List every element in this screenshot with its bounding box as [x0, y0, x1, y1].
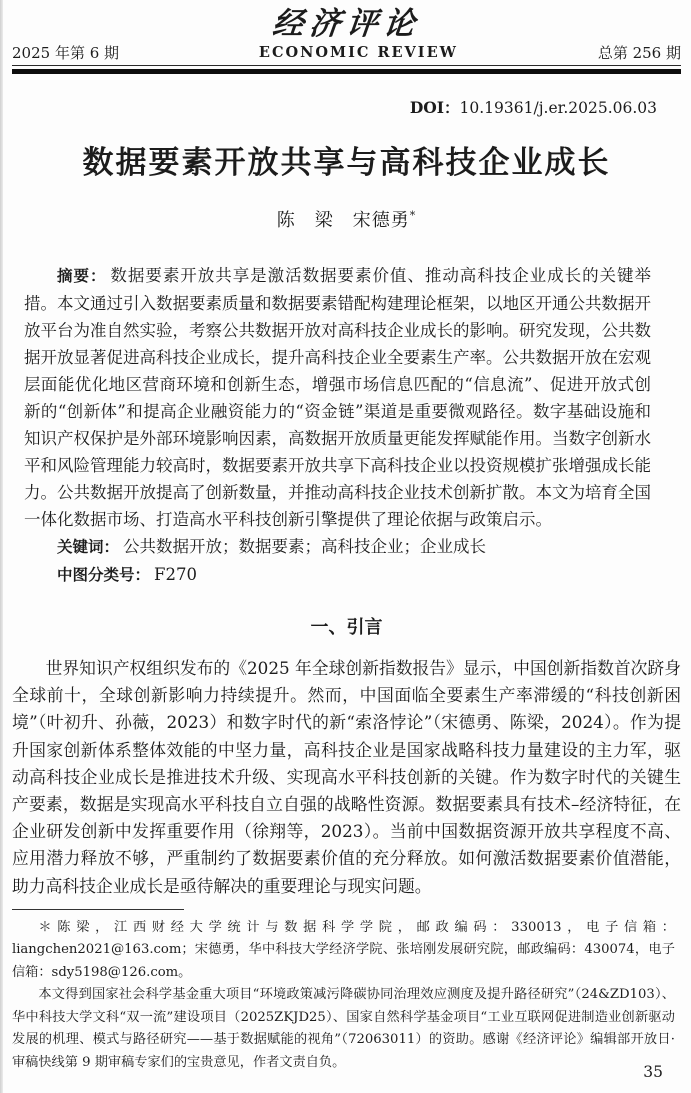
- article-title: 数据要素开放共享与高科技企业成长: [12, 142, 681, 184]
- abstract-block: 摘要：数据要素开放共享是激活数据要素价值、推动高科技企业成长的关键举措。本文通过…: [24, 262, 651, 589]
- keywords-text: 公共数据开放；数据要素；高科技企业；企业成长: [123, 537, 486, 556]
- abstract-text: 数据要素开放共享是激活数据要素价值、推动高科技企业成长的关键举措。本文通过引入数…: [24, 266, 651, 529]
- keywords-line: 关键词：公共数据开放；数据要素；高科技企业；企业成长: [24, 533, 651, 561]
- doi-value: 10.19361/j.er.2025.06.03: [460, 99, 657, 117]
- masthead-rule-thick: [12, 69, 681, 74]
- doi-line: DOI：10.19361/j.er.2025.06.03: [12, 96, 681, 118]
- journal-name-english: ECONOMIC REVIEW: [259, 44, 458, 62]
- author-note-mark: *: [410, 209, 417, 222]
- page-number: 35: [643, 1063, 663, 1081]
- doi-label: DOI：: [410, 98, 460, 117]
- author-names: 陈 梁 宋德勇: [277, 210, 410, 231]
- clc-line: 中图分类号：F270: [24, 561, 651, 589]
- masthead-rule-thin: [12, 65, 681, 66]
- masthead-row: 2025 年第 6 期 ECONOMIC REVIEW 总第 256 期: [12, 44, 681, 62]
- issue-number-right: 总第 256 期: [598, 44, 681, 62]
- page-scan-edge: [0, 0, 3, 1093]
- clc-value: F270: [154, 565, 197, 584]
- footnote-funding-acknowledgement: 本文得到国家社会科学基金重大项目“环境政策减污降碳协同治理效应测度及提升路径研究…: [12, 984, 675, 1074]
- journal-logo-calligraphy: 经济评论: [10, 6, 683, 42]
- body-paragraph: 世界知识产权组织发布的《2025 年全球创新指数报告》显示，中国创新指数首次跻身…: [12, 655, 681, 900]
- issue-number-left: 2025 年第 6 期: [12, 44, 119, 62]
- section-heading-introduction: 一、引言: [12, 615, 681, 641]
- footnote-author-affiliation: ＊陈梁，江西财经大学统计与数据科学学院，邮政编码：330013，电子信箱：lia…: [12, 917, 675, 985]
- clc-label: 中图分类号：: [57, 566, 150, 584]
- abstract-label: 摘要：: [57, 267, 106, 285]
- author-line: 陈 梁 宋德勇*: [12, 206, 681, 232]
- abstract-paragraph: 摘要：数据要素开放共享是激活数据要素价值、推动高科技企业成长的关键举措。本文通过…: [24, 262, 651, 533]
- journal-page: 经济评论 2025 年第 6 期 ECONOMIC REVIEW 总第 256 …: [0, 0, 691, 1074]
- keywords-label: 关键词：: [57, 538, 119, 556]
- footnote-separator: [12, 909, 184, 910]
- footnotes: ＊陈梁，江西财经大学统计与数据科学学院，邮政编码：330013，电子信箱：lia…: [12, 917, 681, 1075]
